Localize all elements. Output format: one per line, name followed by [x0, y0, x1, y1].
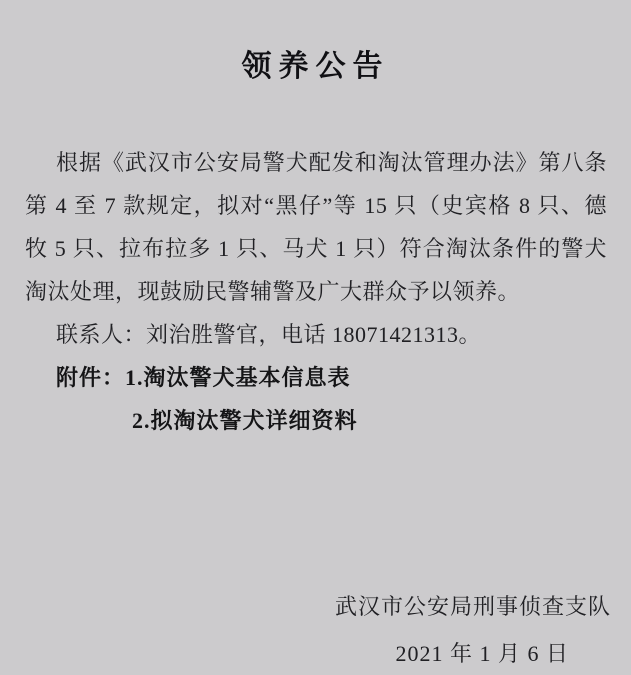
body-line-3: 牧 5 只、拉布拉多 1 只、马犬 1 只）符合淘汰条件的警犬作 — [25, 227, 607, 270]
announcement-document: 领养公告 根据《武汉市公安局警犬配发和淘汰管理办法》第八条 第 4 至 7 款规… — [0, 0, 631, 675]
body-line-4: 淘汰处理，现鼓励民警辅警及广大群众予以领养。 — [25, 270, 607, 313]
contact-line: 联系人：刘治胜警官，电话 18071421313。 — [25, 313, 607, 356]
body-line-2: 第 4 至 7 款规定，拟对“黑仔”等 15 只（史宾格 8 只、德 — [25, 184, 607, 227]
document-body: 根据《武汉市公安局警犬配发和淘汰管理办法》第八条 第 4 至 7 款规定，拟对“… — [25, 141, 607, 442]
issue-date: 2021 年 1 月 6 日 — [0, 632, 631, 675]
body-line-1: 根据《武汉市公安局警犬配发和淘汰管理办法》第八条 — [25, 141, 607, 184]
document-title: 领养公告 — [0, 0, 631, 88]
attachments-line-2: 2.拟淘汰警犬详细资料 — [25, 399, 607, 442]
attachments-line-1: 附件：1.淘汰警犬基本信息表 — [25, 356, 607, 399]
issuer-signature: 武汉市公安局刑事侦查支队 — [0, 585, 631, 628]
